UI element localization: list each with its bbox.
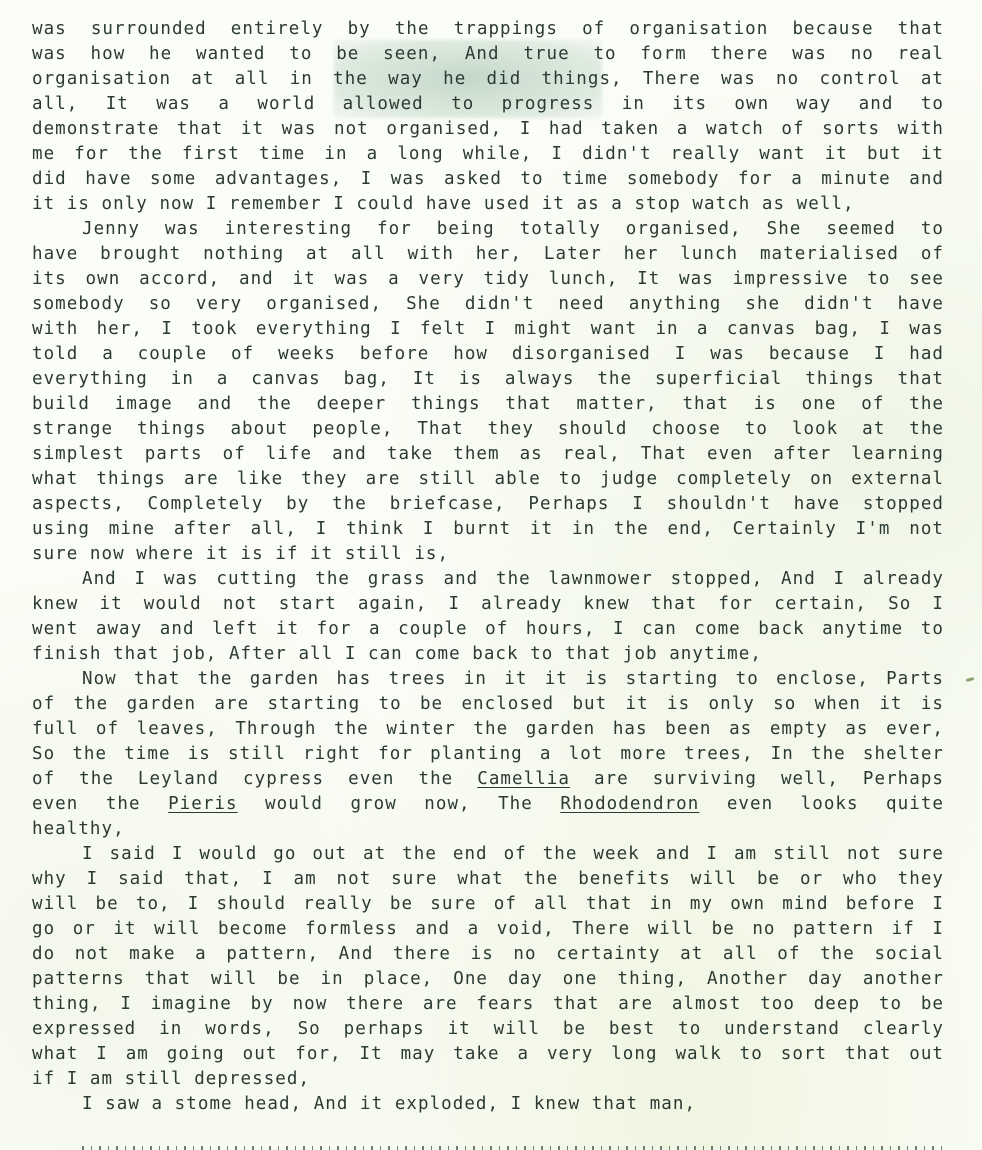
paragraph: was surrounded entirely by the trappings… [32, 17, 944, 217]
text-line: what I am going out for, It may take a v… [32, 1042, 944, 1067]
text-line: me for the first time in a long while, I… [32, 142, 944, 167]
text-line: even the Pieris would grow now, The Rhod… [32, 792, 944, 817]
text-line: why I said that, I am not sure what the … [32, 867, 944, 892]
text-line: full of leaves, Through the winter the g… [32, 717, 944, 742]
text-line: all, It was a world allowed to progress … [32, 92, 944, 117]
text-line: using mine after all, I think I burnt it… [32, 517, 944, 542]
text-fragment: would grow now, The [238, 794, 561, 814]
text-fragment: even looks quite [699, 794, 944, 814]
text-line: what things are like they are still able… [32, 467, 944, 492]
text-fragment: are surviving well, Perhaps [570, 769, 944, 789]
text-line: it is only now I remember I could have u… [32, 192, 944, 217]
text-line: go or it will become formless and a void… [32, 917, 944, 942]
text-line: strange things about people, That they s… [32, 417, 944, 442]
text-line: with her, I took everything I felt I mig… [32, 317, 944, 342]
text-line: knew it would not start again, I already… [32, 592, 944, 617]
text-line: aspects, Completely by the briefcase, Pe… [32, 492, 944, 517]
text-line: was how he wanted to be seen, And true t… [32, 42, 944, 67]
text-line: everything in a canvas bag, It is always… [32, 367, 944, 392]
text-line: have brought nothing at all with her, La… [32, 242, 944, 267]
text-line: expressed in words, So perhaps it will b… [32, 1017, 944, 1042]
paper-speck [966, 677, 975, 682]
text-line: Jenny was interesting for being totally … [32, 217, 944, 242]
paragraph: I said I would go out at the end of the … [32, 842, 944, 1092]
text-line: Now that the garden has trees in it it i… [32, 667, 944, 692]
text-line: somebody so very organised, She didn't n… [32, 292, 944, 317]
text-line: finish that job, After all I can come ba… [32, 642, 944, 667]
text-line: if I am still depressed, [32, 1067, 944, 1092]
clipped-text-line [82, 1146, 942, 1150]
text-line: patterns that will be in place, One day … [32, 967, 944, 992]
text-line: simplest parts of life and take them as … [32, 442, 944, 467]
text-line: healthy, [32, 817, 944, 842]
text-line: I saw a stome head, And it exploded, I k… [32, 1092, 944, 1117]
underlined-plant-name: Camellia [477, 769, 570, 789]
paragraph: Now that the garden has trees in it it i… [32, 667, 944, 842]
text-line: was surrounded entirely by the trappings… [32, 17, 944, 42]
text-fragment: of the Leyland cypress even the [32, 769, 477, 789]
text-line: And I was cutting the grass and the lawn… [32, 567, 944, 592]
paragraph: Jenny was interesting for being totally … [32, 217, 944, 567]
text-line: of the Leyland cypress even the Camellia… [32, 767, 944, 792]
text-line: organisation at all in the way he did th… [32, 67, 944, 92]
typed-page: was surrounded entirely by the trappings… [32, 17, 944, 1117]
underlined-plant-name: Rhododendron [560, 794, 699, 814]
text-line: did have some advantages, I was asked to… [32, 167, 944, 192]
text-line: will be to, I should really be sure of a… [32, 892, 944, 917]
underlined-plant-name: Pieris [168, 794, 238, 814]
text-line: went away and left it for a couple of ho… [32, 617, 944, 642]
text-line: So the time is still right for planting … [32, 742, 944, 767]
text-line: of the garden are starting to be enclose… [32, 692, 944, 717]
text-line: do not make a pattern, And there is no c… [32, 942, 944, 967]
text-line: demonstrate that it was not organised, I… [32, 117, 944, 142]
text-fragment: even the [32, 794, 168, 814]
text-line: sure now where it is if it still is, [32, 542, 944, 567]
text-line: thing, I imagine by now there are fears … [32, 992, 944, 1017]
text-line: I said I would go out at the end of the … [32, 842, 944, 867]
paragraph: I saw a stome head, And it exploded, I k… [32, 1092, 944, 1117]
text-line: build image and the deeper things that m… [32, 392, 944, 417]
text-line: its own accord, and it was a very tidy l… [32, 267, 944, 292]
paragraph: And I was cutting the grass and the lawn… [32, 567, 944, 667]
text-line: told a couple of weeks before how disorg… [32, 342, 944, 367]
